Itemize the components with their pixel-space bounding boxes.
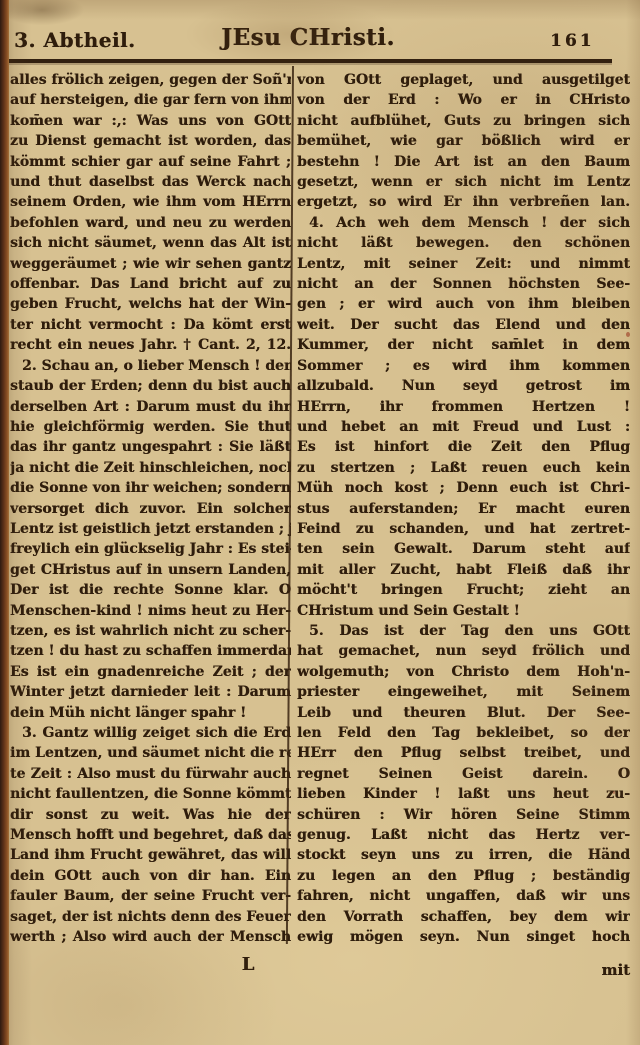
text-line: von der Erd : Wo er in CHristo	[297, 90, 630, 110]
text-line: bemühet, wie gar bößlich wird er	[297, 131, 630, 151]
text-line: zu stertzen ; Laßt reuen euch kein	[297, 458, 630, 478]
text-line: ten sein Gewalt. Darum steht auf	[297, 539, 630, 559]
page-header: 3. Abtheil. JEsu CHristi. 161	[0, 0, 640, 60]
text-line: den Vorrath schaffen, bey dem wir	[297, 907, 630, 927]
text-line: get CHristus auf in unsern Landen,	[10, 560, 291, 580]
text-line: im Lentzen, und säumet nicht die rech-	[10, 743, 291, 763]
text-line: Lentz ist geistlich jetzt erstanden ; ja	[10, 519, 291, 539]
page-number: 161	[550, 31, 595, 51]
text-line: möcht't bringen Frucht; zieht an	[297, 580, 630, 600]
text-line: priester eingeweihet, mit Seinem	[297, 682, 630, 702]
text-line: weit. Der sucht das Elend und den	[297, 315, 630, 335]
text-line: hie gleichförmig werden. Sie thut	[10, 417, 291, 437]
text-line: fauler Baum, der seine Frucht ver-	[10, 886, 291, 906]
text-line: saget, der ist nichts denn des Feuers	[10, 907, 291, 927]
text-line: Lentz, mit seiner Zeit: und nimmt	[297, 254, 630, 274]
text-line: seinem Orden, wie ihm vom HErrn	[10, 192, 291, 212]
text-line: das ihr gantz ungespahrt : Sie läßt	[10, 437, 291, 457]
text-line: ewig mögen seyn. Nun singet hoch	[297, 927, 630, 947]
text-line: freylich ein glückselig Jahr : Es stei-	[10, 539, 291, 559]
text-line: stus auferstanden; Er macht euren	[297, 499, 630, 519]
text-line: bestehn ! Die Art ist an den Baum	[297, 152, 630, 172]
text-line: Müh noch kost ; Denn euch ist Chri-	[297, 478, 630, 498]
header-rule	[8, 59, 612, 63]
text-line: CHristum und Sein Gestalt !	[297, 601, 630, 621]
text-line: recht ein neues Jahr. † Cant. 2, 12.	[10, 335, 291, 355]
text-line: weggeräumet ; wie wir sehen gantz	[10, 254, 291, 274]
text-line: nicht an der Sonnen höchsten See-	[297, 274, 630, 294]
text-line: dein GOtt auch von dir han. Ein	[10, 866, 291, 886]
text-line: hat gemachet, nun seyd frölich und	[297, 641, 630, 661]
text-line: Es ist ein gnadenreiche Zeit ; der	[10, 662, 291, 682]
binding-edge	[0, 0, 9, 1045]
text-line: kömmt schier gar auf seine Fahrt ;	[10, 152, 291, 172]
text-line: nicht faullentzen, die Sonne kömmt	[10, 784, 291, 804]
text-line: derselben Art : Darum must du ihr	[10, 397, 291, 417]
text-line: nicht aufblühet, Guts zu bringen sich	[297, 111, 630, 131]
text-line: wolgemuth; von Christo dem Hoh'n-	[297, 662, 630, 682]
text-line: ja nicht die Zeit hinschleichen, noch	[10, 458, 291, 478]
text-line: versorget dich zuvor. Ein solcher	[10, 499, 291, 519]
text-line: sich nicht säumet, wenn das Alt ist	[10, 233, 291, 253]
text-line: befohlen ward, und neu zu werden	[10, 213, 291, 233]
text-line: lieben Kinder ! laßt uns heut zu-	[297, 784, 630, 804]
text-line: len Feld den Tag bekleibet, so der	[297, 723, 630, 743]
text-line: Winter jetzt darnieder leit : Darum	[10, 682, 291, 702]
text-line: Kummer, der nicht sam̄let in dem	[297, 335, 630, 355]
text-line: von GOtt geplaget, und ausgetilget	[297, 70, 630, 90]
text-line: schüren : Wir hören Seine Stimm	[297, 805, 630, 825]
text-line: tzen, es ist wahrlich nicht zu scher-	[10, 621, 291, 641]
text-line: regnet Seinen Geist darein. O	[297, 764, 630, 784]
text-line: mit aller Zucht, habt Fleiß daß ihr	[297, 560, 630, 580]
text-line: dein Müh nicht länger spahr !	[10, 703, 291, 723]
text-line: stockt seyn uns zu irren, die Händ	[297, 845, 630, 865]
text-line: und hebet an mit Freud und Lust :	[297, 417, 630, 437]
signature-mark: L	[236, 954, 260, 975]
text-line: fahren, nicht ungaffen, daß wir uns	[297, 886, 630, 906]
text-line: HErrn, ihr frommen Hertzen !	[297, 397, 630, 417]
running-title: JEsu CHristi.	[0, 24, 616, 51]
text-line: tzen ! du hast zu schaffen immerdar.	[10, 641, 291, 661]
text-line: 4. Ach weh dem Mensch ! der sich	[297, 213, 630, 233]
text-line: zu Dienst gemacht ist worden, das	[10, 131, 291, 151]
text-line: 3. Gantz willig zeiget sich die Erd	[10, 723, 291, 743]
text-line: dir sonst zu weit. Was hie der	[10, 805, 291, 825]
right-column: von GOtt geplaget, und ausgetilgetvon de…	[297, 70, 630, 947]
text-line: Mensch hofft und begehret, daß das	[10, 825, 291, 845]
text-line: und thut daselbst das Werck nach	[10, 172, 291, 192]
text-line: allzubald. Nun seyd getrost im	[297, 376, 630, 396]
text-line: auf hersteigen, die gar fern von ihm	[10, 90, 291, 110]
text-line: Es ist hinfort die Zeit den Pflug	[297, 437, 630, 457]
text-line: nicht läßt bewegen. den schönen	[297, 233, 630, 253]
text-line: genug. Laßt nicht das Hertz ver-	[297, 825, 630, 845]
text-line: 2. Schau an, o lieber Mensch ! den	[10, 356, 291, 376]
text-line: ter nicht vermocht : Da kömt erst	[10, 315, 291, 335]
text-line: 5. Das ist der Tag den uns GOtt	[297, 621, 630, 641]
text-line: zu legen an den Pflug ; beständig	[297, 866, 630, 886]
text-line: te Zeit : Also must du fürwahr auch	[10, 764, 291, 784]
text-line: offenbar. Das Land bricht auf zu	[10, 274, 291, 294]
text-line: Der ist die rechte Sonne klar. O	[10, 580, 291, 600]
text-line: geben Frucht, welchs hat der Win-	[10, 294, 291, 314]
text-line: gesetzt, wenn er sich nicht im Lentz	[297, 172, 630, 192]
text-line: staub der Erden; denn du bist auch	[10, 376, 291, 396]
text-line: die Sonne von ihr weichen; sondern	[10, 478, 291, 498]
text-line: Menschen-kind ! nims heut zu Her-	[10, 601, 291, 621]
text-line: alles frölich zeigen, gegen der Soñ'n	[10, 70, 291, 90]
text-line: Feind zu schanden, und hat zertret-	[297, 519, 630, 539]
text-line: gen ; er wird auch von ihm bleiben	[297, 294, 630, 314]
catchword: mit	[556, 961, 630, 979]
text-line: HErr den Pflug selbst treibet, und	[297, 743, 630, 763]
book-page: 3. Abtheil. JEsu CHristi. 161 alles fröl…	[0, 0, 640, 1045]
text-line: Leib und theuren Blut. Der See-	[297, 703, 630, 723]
text-line: werth ; Also wird auch der Mensch	[10, 927, 291, 947]
left-column: alles frölich zeigen, gegen der Soñ'nauf…	[10, 70, 291, 947]
text-line: Land ihm Frucht gewähret, das will	[10, 845, 291, 865]
text-line: kom̄en war :,: Was uns von GOtt	[10, 111, 291, 131]
text-line: Sommer ; es wird ihm kommen	[297, 356, 630, 376]
text-line: ergetzt, so wird Er ihn verbreñen lan.	[297, 192, 630, 212]
